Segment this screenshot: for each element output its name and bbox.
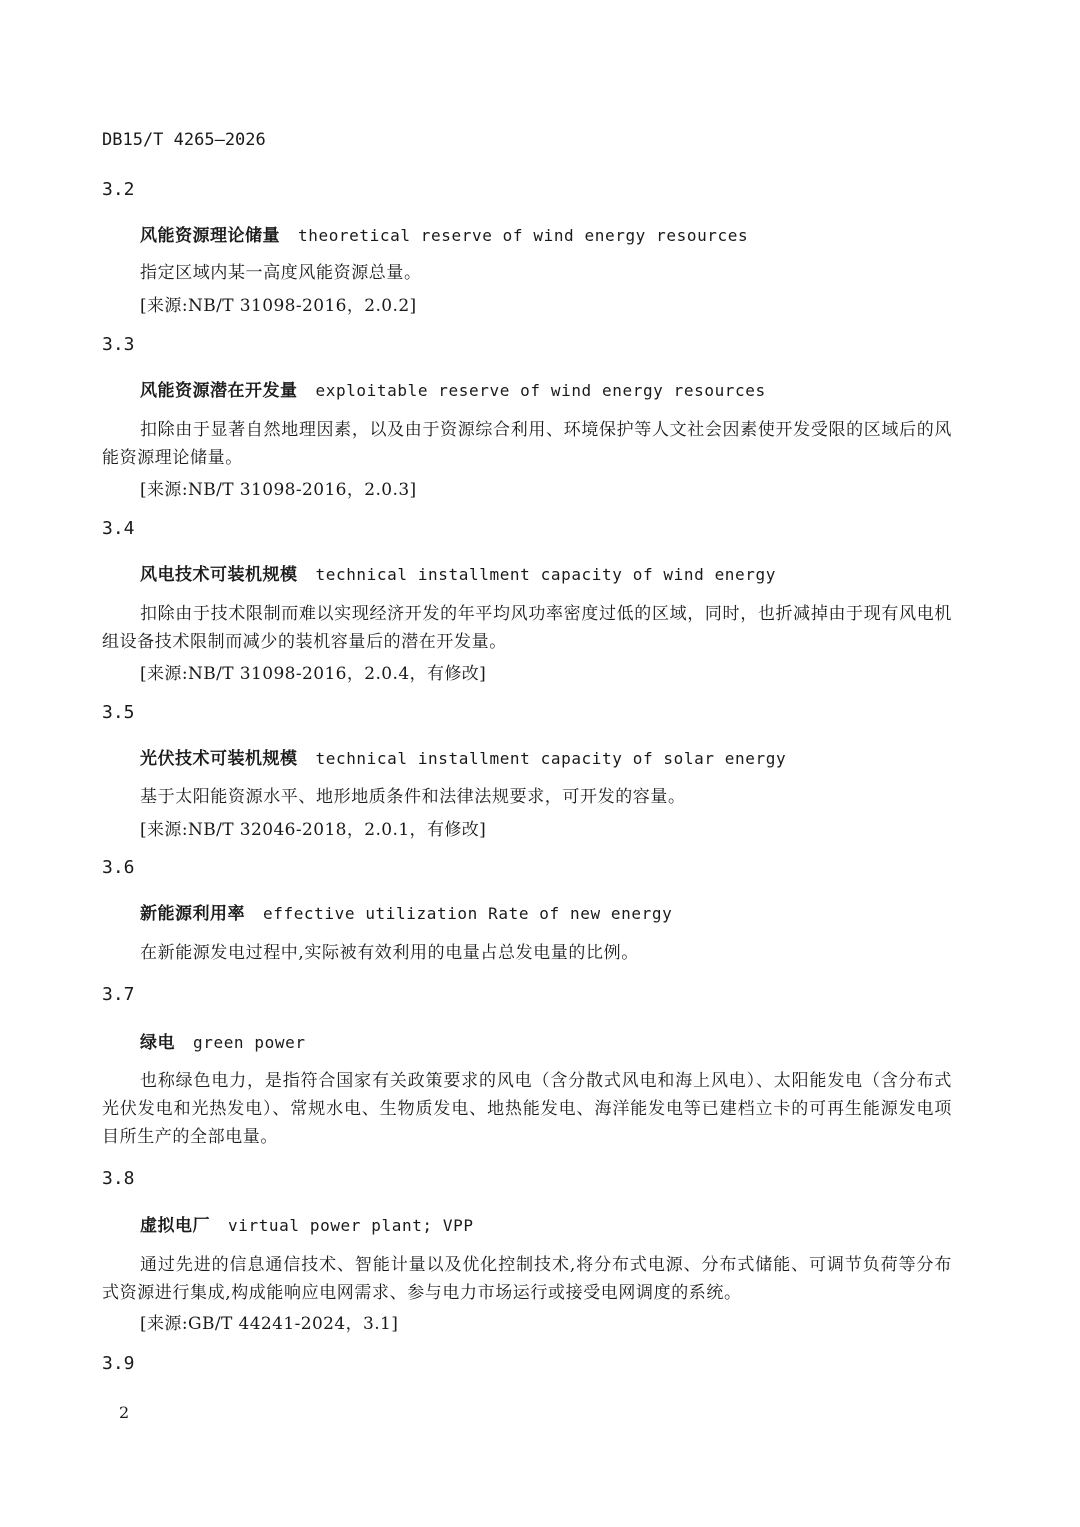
term-english: virtual power plant; VPP (228, 1216, 474, 1235)
term-definition: 也称绿色电力，是指符合国家有关政策要求的风电（含分散式风电和海上风电）、太阳能发… (102, 1067, 952, 1151)
term-heading: 风能资源潜在开发量exploitable reserve of wind ene… (140, 376, 766, 401)
entry-number: 3.5 (102, 702, 135, 723)
entry-number: 3.9 (102, 1353, 135, 1374)
entry-number: 3.3 (102, 334, 135, 355)
term-chinese: 风能资源潜在开发量 (140, 381, 298, 401)
term-heading: 绿电green power (140, 1028, 306, 1053)
entry-number: 3.2 (102, 179, 135, 200)
term-english: exploitable reserve of wind energy resou… (316, 381, 766, 400)
term-source: [来源:NB/T 31098-2016，2.0.3] (140, 475, 417, 500)
term-english: technical installment capacity of wind e… (316, 565, 776, 584)
term-heading: 风能资源理论储量theoretical reserve of wind ener… (140, 221, 748, 246)
term-definition: 在新能源发电过程中,实际被有效利用的电量占总发电量的比例。 (102, 939, 952, 967)
entry-number: 3.4 (102, 518, 135, 539)
page-number: 2 (119, 1403, 129, 1422)
entry-number: 3.8 (102, 1168, 135, 1189)
term-source: [来源:GB/T 44241-2024，3.1] (140, 1309, 398, 1334)
term-source: [来源:NB/T 31098-2016，2.0.2] (140, 291, 417, 316)
term-heading: 光伏技术可装机规模technical installment capacity … (140, 744, 786, 769)
term-chinese: 风电技术可装机规模 (140, 565, 298, 585)
term-source: [来源:NB/T 32046-2018，2.0.1，有修改] (140, 815, 486, 840)
term-heading: 新能源利用率effective utilization Rate of new … (140, 899, 672, 924)
term-definition: 指定区域内某一高度风能资源总量。 (102, 259, 952, 287)
term-definition: 通过先进的信息通信技术、智能计量以及优化控制技术,将分布式电源、分布式储能、可调… (102, 1251, 952, 1307)
term-chinese: 新能源利用率 (140, 904, 245, 924)
term-heading: 风电技术可装机规模technical installment capacity … (140, 560, 776, 585)
term-definition: 扣除由于显著自然地理因素，以及由于资源综合利用、环境保护等人文社会因素使开发受限… (102, 416, 952, 472)
term-definition: 扣除由于技术限制而难以实现经济开发的年平均风功率密度过低的区域，同时，也折减掉由… (102, 600, 952, 656)
term-english: theoretical reserve of wind energy resou… (298, 226, 748, 245)
term-chinese: 风能资源理论储量 (140, 226, 280, 246)
entry-number: 3.7 (102, 984, 135, 1005)
term-chinese: 绿电 (140, 1033, 175, 1053)
term-heading: 虚拟电厂virtual power plant; VPP (140, 1211, 474, 1236)
term-definition: 基于太阳能资源水平、地形地质条件和法律法规要求，可开发的容量。 (102, 783, 952, 811)
term-english: green power (193, 1033, 306, 1052)
standard-code-header: DB15/T 4265—2026 (102, 130, 266, 150)
term-chinese: 虚拟电厂 (140, 1216, 210, 1236)
term-source: [来源:NB/T 31098-2016，2.0.4，有修改] (140, 659, 486, 684)
term-english: effective utilization Rate of new energy (263, 904, 672, 923)
entry-number: 3.6 (102, 857, 135, 878)
term-english: technical installment capacity of solar … (316, 749, 787, 768)
term-chinese: 光伏技术可装机规模 (140, 749, 298, 769)
